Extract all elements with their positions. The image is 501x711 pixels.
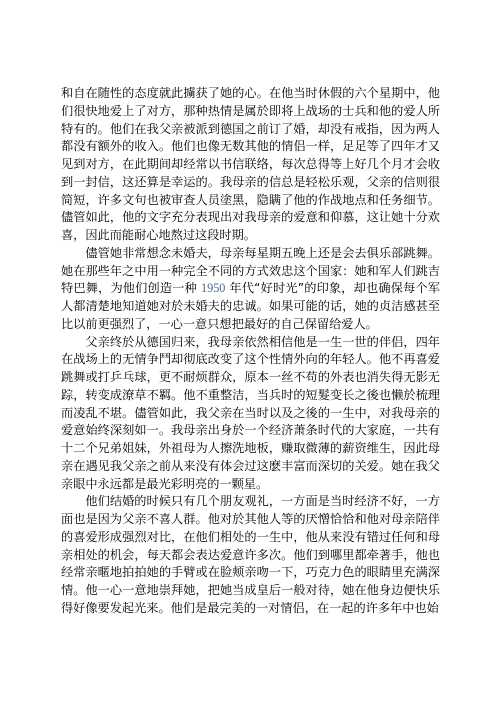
paragraph: 和自在随性的态度就此擄获了她的心。在他当时休假的六个星期中，他们很快地爱上了对方…: [61, 85, 440, 245]
document-page: 和自在随性的态度就此擄获了她的心。在他当时休假的六个星期中，他们很快地爱上了对方…: [0, 0, 501, 711]
paragraph: 儘管她非常想念未婚夫，母亲每星期五晚上还是会去俱乐部跳舞。她在那些年之中用一种完…: [61, 245, 440, 334]
body-text: 和自在随性的态度就此擄获了她的心。在他当时休假的六个星期中，他们很快地爱上了对方…: [61, 86, 440, 242]
year-text: 1950: [201, 281, 225, 295]
text-block: 和自在随性的态度就此擄获了她的心。在他当时休假的六个星期中，他们很快地爱上了对方…: [61, 85, 440, 618]
paragraph: 他们结婚的时候只有几个朋友观礼，一方面是当时经济不好，一方面也是因为父亲不喜人群…: [61, 493, 440, 617]
body-text: 他们结婚的时候只有几个朋友观礼，一方面是当时经济不好，一方面也是因为父亲不喜人群…: [61, 494, 440, 615]
body-text: 父亲终於从德国归来，我母亲依然相信他是一生一世的伴侣，四年在战场上的无情争鬥却彻…: [61, 335, 440, 491]
paragraph: 父亲终於从德国归来，我母亲依然相信他是一生一世的伴侣，四年在战场上的无情争鬥却彻…: [61, 334, 440, 494]
